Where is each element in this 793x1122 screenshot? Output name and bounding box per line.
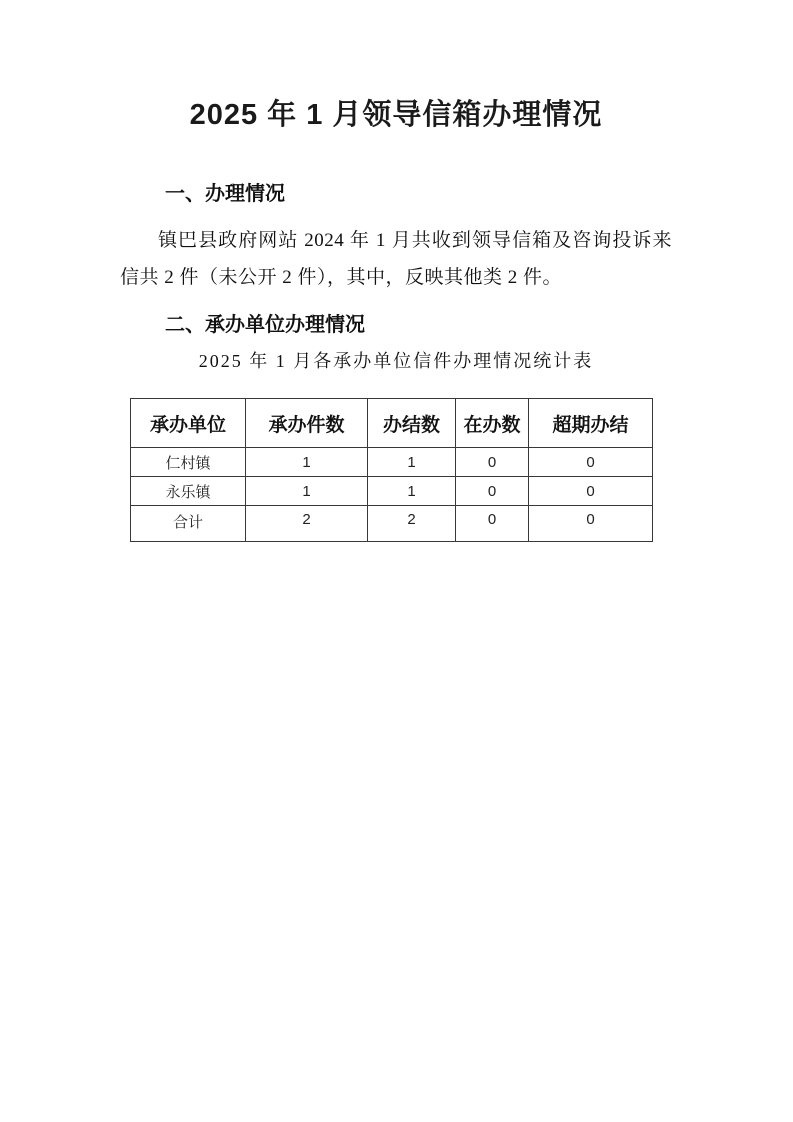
cell-completed: 1 [368, 448, 456, 477]
table-row-total: 合计 2 2 0 0 [131, 506, 653, 542]
cell-overdue: 0 [529, 477, 653, 506]
table-header-row: 承办单位 承办件数 办结数 在办数 超期办结 [131, 399, 653, 448]
cell-received: 1 [246, 448, 368, 477]
cell-overdue: 0 [529, 506, 653, 542]
table-caption: 2025 年 1 月各承办单位信件办理情况统计表 [120, 347, 672, 373]
cell-unit: 仁村镇 [131, 448, 246, 477]
section2-heading: 二、承办单位办理情况 [120, 308, 672, 337]
cell-completed: 1 [368, 477, 456, 506]
cell-received: 1 [246, 477, 368, 506]
table-row-yonglezhen: 永乐镇 1 1 0 0 [131, 477, 653, 506]
cell-unit: 合计 [131, 506, 246, 542]
table-row-rencunzhen: 仁村镇 1 1 0 0 [131, 448, 653, 477]
col-header-unit: 承办单位 [131, 399, 246, 448]
cell-unit: 永乐镇 [131, 477, 246, 506]
col-header-inprogress-count: 在办数 [456, 399, 529, 448]
col-header-received-count: 承办件数 [246, 399, 368, 448]
document-title: 2025 年 1 月领导信箱办理情况 [120, 92, 672, 133]
section1-body-paragraph: 镇巴县政府网站 2024 年 1 月共收到领导信箱及咨询投诉来信共 2 件（未公… [120, 222, 672, 296]
statistics-table: 承办单位 承办件数 办结数 在办数 超期办结 仁村镇 1 1 0 0 永乐镇 1… [130, 398, 653, 542]
cell-completed: 2 [368, 506, 456, 542]
cell-overdue: 0 [529, 448, 653, 477]
col-header-overdue-count: 超期办结 [529, 399, 653, 448]
document-page: 2025 年 1 月领导信箱办理情况 一、办理情况 镇巴县政府网站 2024 年… [0, 0, 793, 1122]
cell-inprogress: 0 [456, 506, 529, 542]
section1-heading: 一、办理情况 [120, 177, 672, 206]
cell-inprogress: 0 [456, 477, 529, 506]
col-header-completed-count: 办结数 [368, 399, 456, 448]
cell-received: 2 [246, 506, 368, 542]
cell-inprogress: 0 [456, 448, 529, 477]
